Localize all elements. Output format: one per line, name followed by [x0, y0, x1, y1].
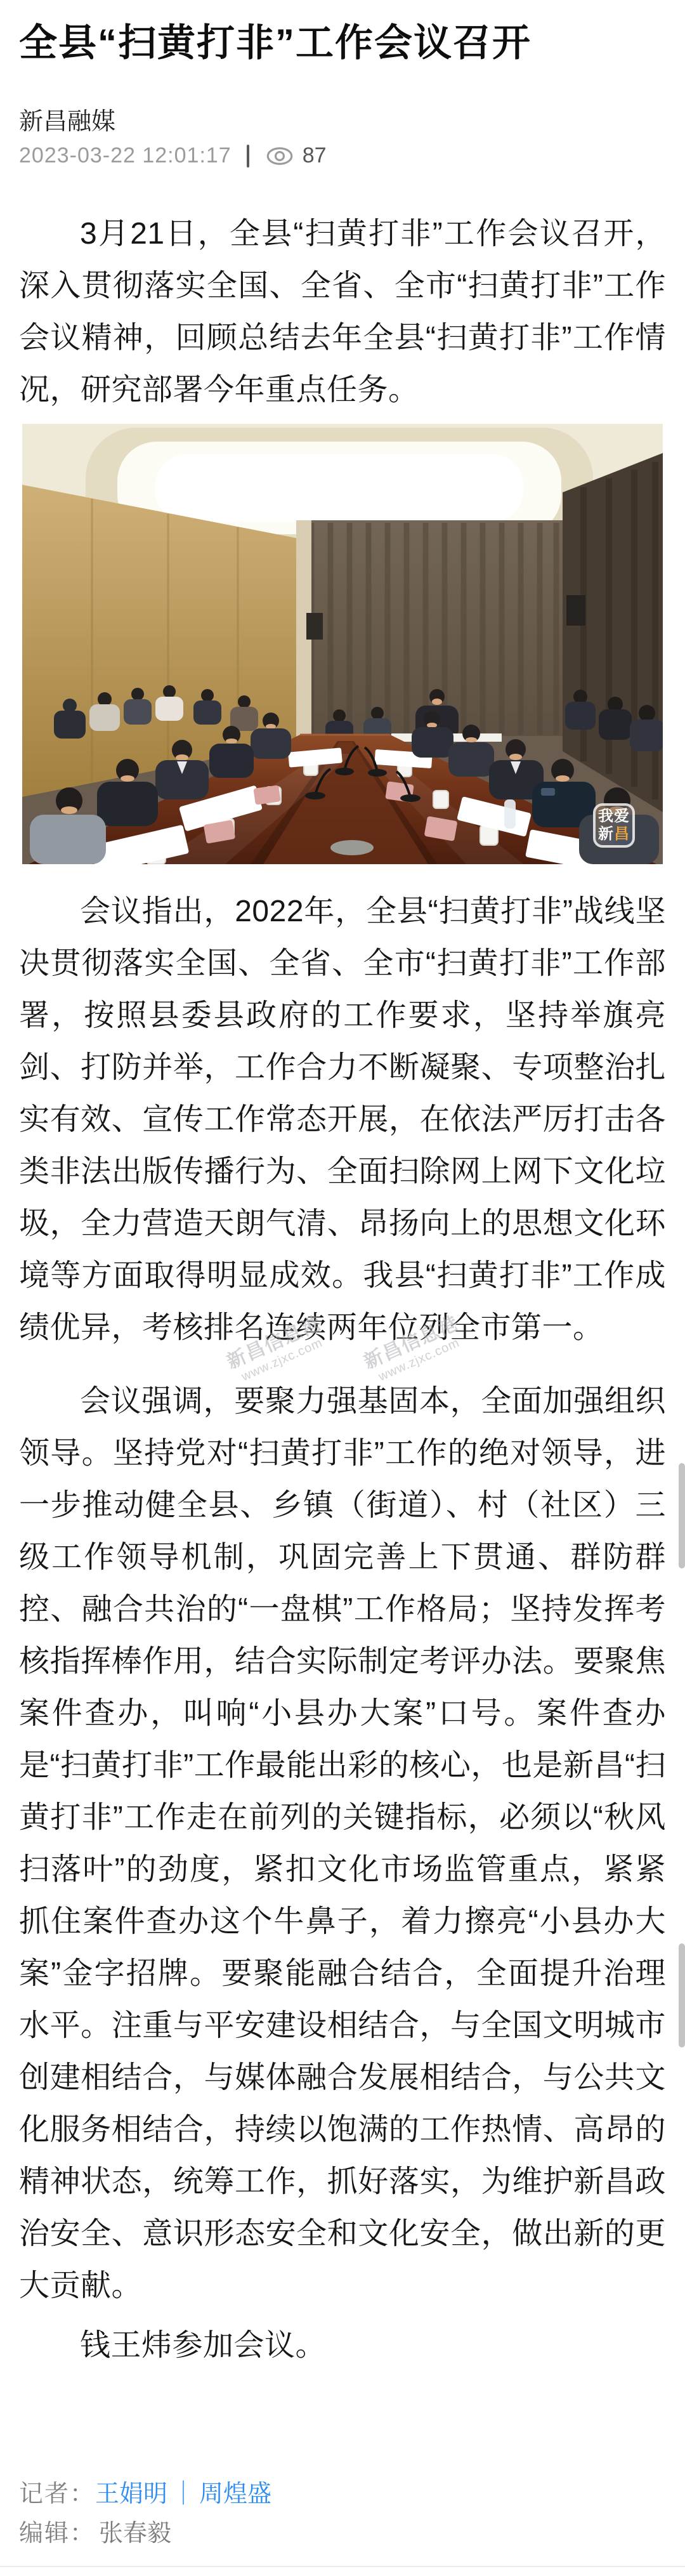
source-name: 新昌融媒 — [19, 102, 666, 136]
badge-line-1: 我爱 — [598, 808, 630, 825]
reporter-link-1[interactable]: 王娟明 — [95, 2478, 167, 2510]
paragraph-1: 3月21日，全县“扫黄打非”工作会议召开，深入贯彻落实全国、全省、全市“扫黄打非… — [19, 208, 666, 416]
reporter-label: 记者： — [19, 2478, 95, 2510]
paragraph-4: 钱王炜参加会议。 — [19, 2320, 666, 2372]
conference-room-illustration — [22, 424, 663, 864]
editor-label: 编辑： — [19, 2518, 95, 2549]
scrollbar-thumb[interactable] — [679, 1943, 685, 2047]
reporter-separator: ｜ — [171, 2478, 195, 2510]
editor-name: 张春毅 — [99, 2518, 171, 2549]
news-photo[interactable]: 我爱 新昌 — [22, 424, 663, 864]
meta-divider — [247, 145, 249, 168]
paragraph-2: 会议指出，2022年，全县“扫黄打非”战线坚决贯彻落实全国、全省、全市“扫黄打非… — [19, 886, 666, 1354]
view-count: 87 — [303, 143, 327, 168]
reporter-link-2[interactable]: 周煌盛 — [199, 2478, 271, 2510]
paragraph-3: 会议强调，要聚力强基固本，全面加强组织领导。坚持党对“扫黄打非”工作的绝对领导，… — [19, 1376, 666, 2312]
editor-row: 编辑： 张春毅 — [19, 2518, 666, 2549]
article-footer: 记者： 王娟明 ｜ 周煌盛 编辑： 张春毅 — [19, 2478, 666, 2557]
scrollbar-thumb[interactable] — [679, 1463, 685, 1568]
photo-watermark-badge: 我爱 新昌 — [593, 803, 635, 848]
badge-line-2: 新昌 — [598, 825, 630, 843]
bottom-divider — [0, 2566, 685, 2567]
publish-time: 2023-03-22 12:01:17 — [19, 143, 232, 168]
article-page: 全县“扫黄打非”工作会议召开 新昌融媒 2023-03-22 12:01:17 … — [0, 0, 685, 2576]
reporter-row: 记者： 王娟明 ｜ 周煌盛 — [19, 2478, 666, 2510]
eye-icon — [266, 147, 294, 166]
meta-row: 2023-03-22 12:01:17 87 — [19, 143, 666, 168]
article-title: 全县“扫黄打非”工作会议召开 — [19, 19, 666, 67]
